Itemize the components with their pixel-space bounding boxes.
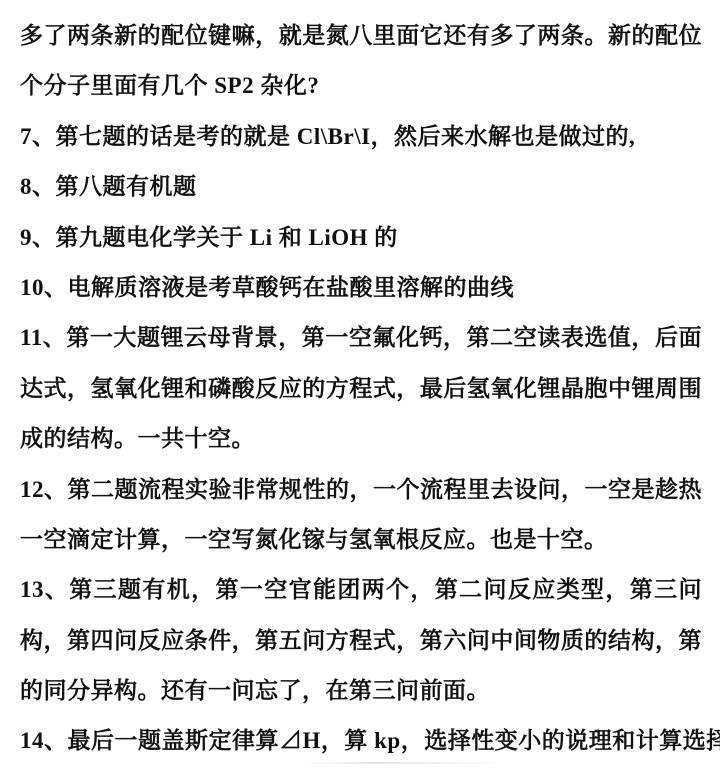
text-line: 达式，氢氧化锂和磷酸反应的方程式，最后氢氧化锂晶胞中锂周围氧个数，氧形	[20, 364, 702, 414]
text-line-item-7: 7、第七题的话是考的就是 Cl\Br\I，然后来水解也是做过的,	[20, 112, 702, 162]
text-line-item-8: 8、第八题有机题	[20, 162, 702, 212]
text-line: 个分子里面有几个 SP2 杂化?	[20, 61, 702, 111]
text-line-item-12: 12、第二题流程实验非常规性的，一个流程里去设问，一空是趁热过滤后的操作,	[20, 465, 702, 515]
text-line-item-10: 10、电解质溶液是考草酸钙在盐酸里溶解的曲线	[20, 263, 702, 313]
text-line: 一空滴定计算，一空写氮化镓与氢氧根反应。也是十空。	[20, 515, 702, 565]
scan-artifact-line	[300, 762, 500, 764]
text-line-item-14: 14、最后一题盖斯定律算⊿H，算 kp，选择性变小的说理和计算选择性。	[20, 716, 702, 766]
text-line: 多了两条新的配位键嘛，就是氮八里面它还有多了两条。新的配位键,他问你这	[20, 11, 702, 61]
text-line-item-13: 13、第三题有机，第一空官能团两个，第二问反应类型，第三问 BH4-的空间结	[20, 565, 702, 615]
text-line: 成的结构。一共十空。	[20, 414, 702, 464]
text-line-item-9: 9、第九题电化学关于 Li 和 LiOH 的	[20, 213, 702, 263]
text-line-item-11: 11、第一大题锂云母背景，第一空氟化钙，第二空读表选值，后面列平衡常数表	[20, 313, 702, 363]
text-line: 构，第四问反应条件，第五问方程式，第六问中间物质的结构，第七问符合条件	[20, 616, 702, 666]
document-page: 多了两条新的配位键嘛，就是氮八里面它还有多了两条。新的配位键,他问你这 个分子里…	[0, 0, 720, 773]
text-line: 的同分异构。还有一问忘了，在第三问前面。	[20, 666, 702, 716]
